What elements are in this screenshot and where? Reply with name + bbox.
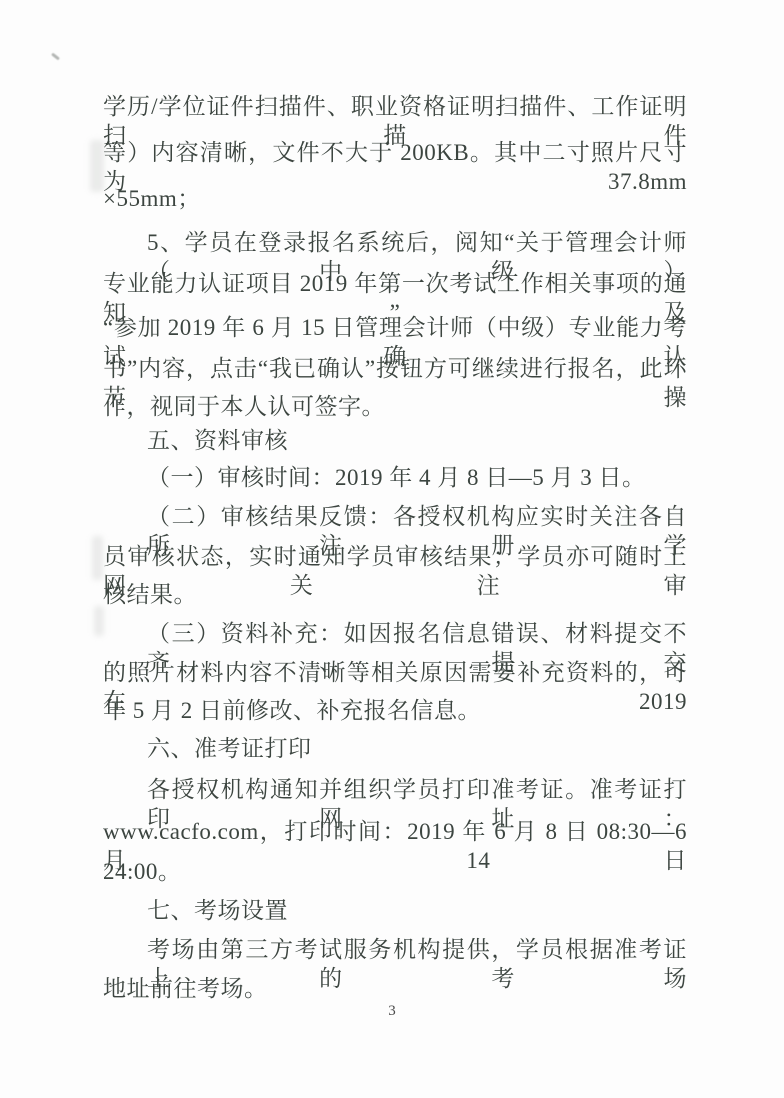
- section-heading: 五、资料审核: [103, 427, 687, 456]
- scan-smudge: [90, 140, 104, 192]
- text-line: ×55mm；: [103, 185, 687, 214]
- text-line: 24:00。: [103, 858, 687, 887]
- section-heading: 六、准考证打印: [103, 735, 687, 764]
- text-line: 核结果。: [103, 581, 687, 610]
- text-line: 地址前往考场。: [103, 975, 687, 1004]
- scan-speck: [51, 53, 60, 61]
- text-line: 年 5 月 2 日前修改、补充报名信息。: [103, 697, 687, 726]
- document-page: 学历/学位证件扫描件、职业资格证明扫描件、工作证明扫描件 等）内容清晰，文件不大…: [0, 0, 784, 1098]
- scan-smudge: [92, 536, 103, 580]
- section-heading: 七、考场设置: [103, 897, 687, 926]
- text-line: 作，视同于本人认可签字。: [103, 393, 687, 422]
- text-line: （一）审核时间：2019 年 4 月 8 日—5 月 3 日。: [103, 464, 687, 493]
- page-number: 3: [0, 1003, 784, 1020]
